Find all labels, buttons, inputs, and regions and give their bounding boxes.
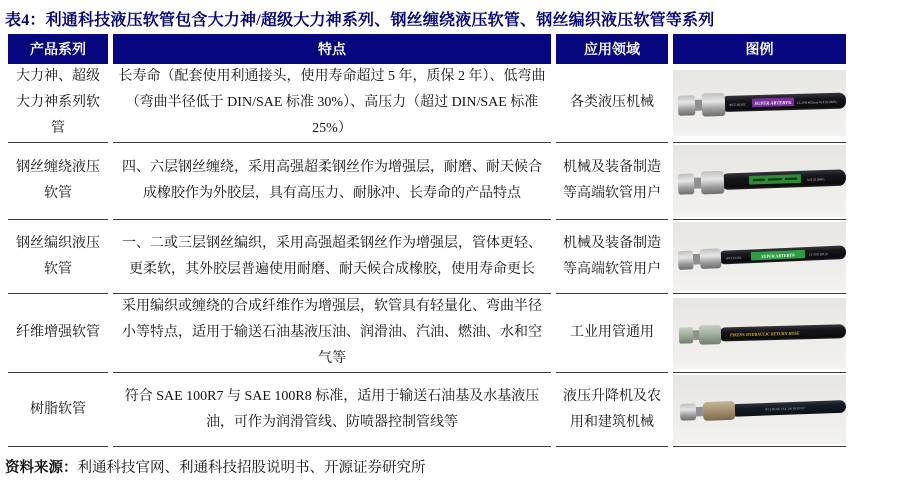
header-row: 产品系列 特点 应用领域 图例 — [8, 34, 846, 64]
table-row-spiral-wire: 钢丝缠绕液压软管 四、六层钢丝缠绕，采用高强超柔钢丝作为增强层，耐磨、耐天候合成… — [8, 143, 846, 220]
fitting-nut — [680, 403, 697, 420]
header-legend: 图例 — [673, 34, 846, 64]
hose-photo-spiral: W.P 42.0MPa — [673, 145, 846, 217]
application-cell: 机械及装备制造等高端软管用户 — [556, 143, 668, 220]
fitting-neck — [694, 100, 703, 111]
application-cell: 液压升降机及农用和建筑机械 — [556, 373, 668, 447]
report-page: 表4：利通科技液压软管包含大力神/超级大力神系列、钢丝缠绕液压软管、钢丝编织液压… — [0, 0, 905, 481]
fitting-nut — [678, 95, 696, 115]
source-label: 资料来源： — [5, 460, 78, 476]
fitting-ferrule — [701, 171, 725, 195]
series-cell: 钢丝编织液压软管 — [8, 220, 108, 294]
fitting-ferrule — [700, 248, 722, 269]
features-cell: 长寿命（配套使用利通接头，使用寿命超过 5 年，质保 2 年）、低弯曲（弯曲半径… — [113, 64, 551, 143]
fitting-ferrule — [702, 93, 726, 117]
hose-photo-resin: Φ′LT.HOSE SAE 100 R8 DN12 — [673, 375, 846, 444]
hose-photo-hercules: Φ′LT.HOSE SUPER ARTERY® LT-2SN Φ25mm W.P… — [673, 70, 846, 136]
table-header: 产品系列 特点 应用领域 图例 — [8, 34, 846, 64]
features-cell: 采用编织或缠绕的合成纤维作为增强层，软管具有轻量化、弯曲半径小等特点，适用于输送… — [113, 294, 551, 373]
features-cell: 符合 SAE 100R7 与 SAE 100R8 标准，适用于输送石油基及水基液… — [113, 373, 551, 447]
application-cell: 工业用管通用 — [556, 294, 668, 373]
hose-series-table: 产品系列 特点 应用领域 图例 大力神、超级大力神系列软管 长寿命（配套使用利通… — [3, 34, 851, 447]
band-text-mark — [785, 178, 797, 181]
source-text: 利通科技官网、利通科技招股说明书、开源证券研究所 — [78, 460, 426, 476]
application-cell: 各类液压机械 — [556, 64, 668, 143]
series-cell: 纤维增强软管 — [8, 294, 108, 373]
series-cell: 树脂软管 — [8, 373, 108, 447]
fitting-ferrule — [703, 401, 736, 421]
hose-spec-text-right: W.P 42.0MPa — [807, 177, 825, 182]
hose-spec-text-left: Φ′LT.HOSE — [726, 256, 742, 261]
fitting-ferrule — [699, 324, 721, 344]
photo-cell: W.P 42.0MPa — [673, 143, 846, 220]
header-features: 特点 — [113, 34, 551, 64]
table-row-hercules: 大力神、超级大力神系列软管 长寿命（配套使用利通接头，使用寿命超过 5 年，质保… — [8, 64, 846, 143]
fitting-nut — [679, 327, 693, 343]
hose-photo-fiber: PIKES® HYDRAULIC RETURN HOSE — [673, 298, 846, 369]
band-text-mark — [753, 179, 765, 182]
features-cell: 四、六层钢丝缠绕，采用高强超柔钢丝作为增强层，耐磨、耐天候合成橡胶作为外胶层，具… — [113, 143, 551, 220]
photo-cell: Φ′LT.HOSE SUPER ARTERY® LT-2SN Φ25mm W.P… — [673, 64, 846, 143]
table-row-braided-wire: 钢丝编织液压软管 一、二或三层钢丝编织，采用高强超柔钢丝作为增强层，管体更轻、更… — [8, 220, 846, 294]
fitting-nut — [678, 173, 695, 194]
fitting-nut — [678, 251, 694, 270]
header-application: 应用领域 — [556, 34, 668, 64]
table-row-resin: 树脂软管 符合 SAE 100R7 与 SAE 100R8 标准，适用于输送石油… — [8, 373, 846, 447]
series-cell: 大力神、超级大力神系列软管 — [8, 64, 108, 143]
source-note: 资料来源：利通科技官网、利通科技招股说明书、开源证券研究所 — [5, 456, 905, 477]
photo-cell: Φ′LT.HOSE SUPER ARTERY® LT-2SN DN19 — [673, 220, 846, 294]
photo-cell: Φ′LT.HOSE SAE 100 R8 DN12 — [673, 373, 846, 447]
series-cell: 钢丝缠绕液压软管 — [8, 143, 108, 220]
hose-spec-text-right: LT-2SN DN19 — [809, 252, 828, 257]
application-cell: 机械及装备制造等高端软管用户 — [556, 220, 668, 294]
hose-band-text: SUPER ARTERY® — [754, 100, 792, 106]
hose-spec-text-left: Φ′LT.HOSE — [729, 103, 746, 107]
header-product-series: 产品系列 — [8, 34, 108, 64]
table-row-fiber-reinforced: 纤维增强软管 采用编织或缠绕的合成纤维作为增强层，软管具有轻量化、弯曲半径小等特… — [8, 294, 846, 373]
table-title: 表4：利通科技液压软管包含大力神/超级大力神系列、钢丝缠绕液压软管、钢丝编织液压… — [0, 0, 905, 34]
photo-cell: PIKES® HYDRAULIC RETURN HOSE — [673, 294, 846, 373]
hose-photo-braided: Φ′LT.HOSE SUPER ARTERY® LT-2SN DN19 — [673, 222, 846, 291]
features-cell: 一、二或三层钢丝编织，采用高强超柔钢丝作为增强层，管体更轻、更柔软，其外胶层普遍… — [113, 220, 551, 294]
